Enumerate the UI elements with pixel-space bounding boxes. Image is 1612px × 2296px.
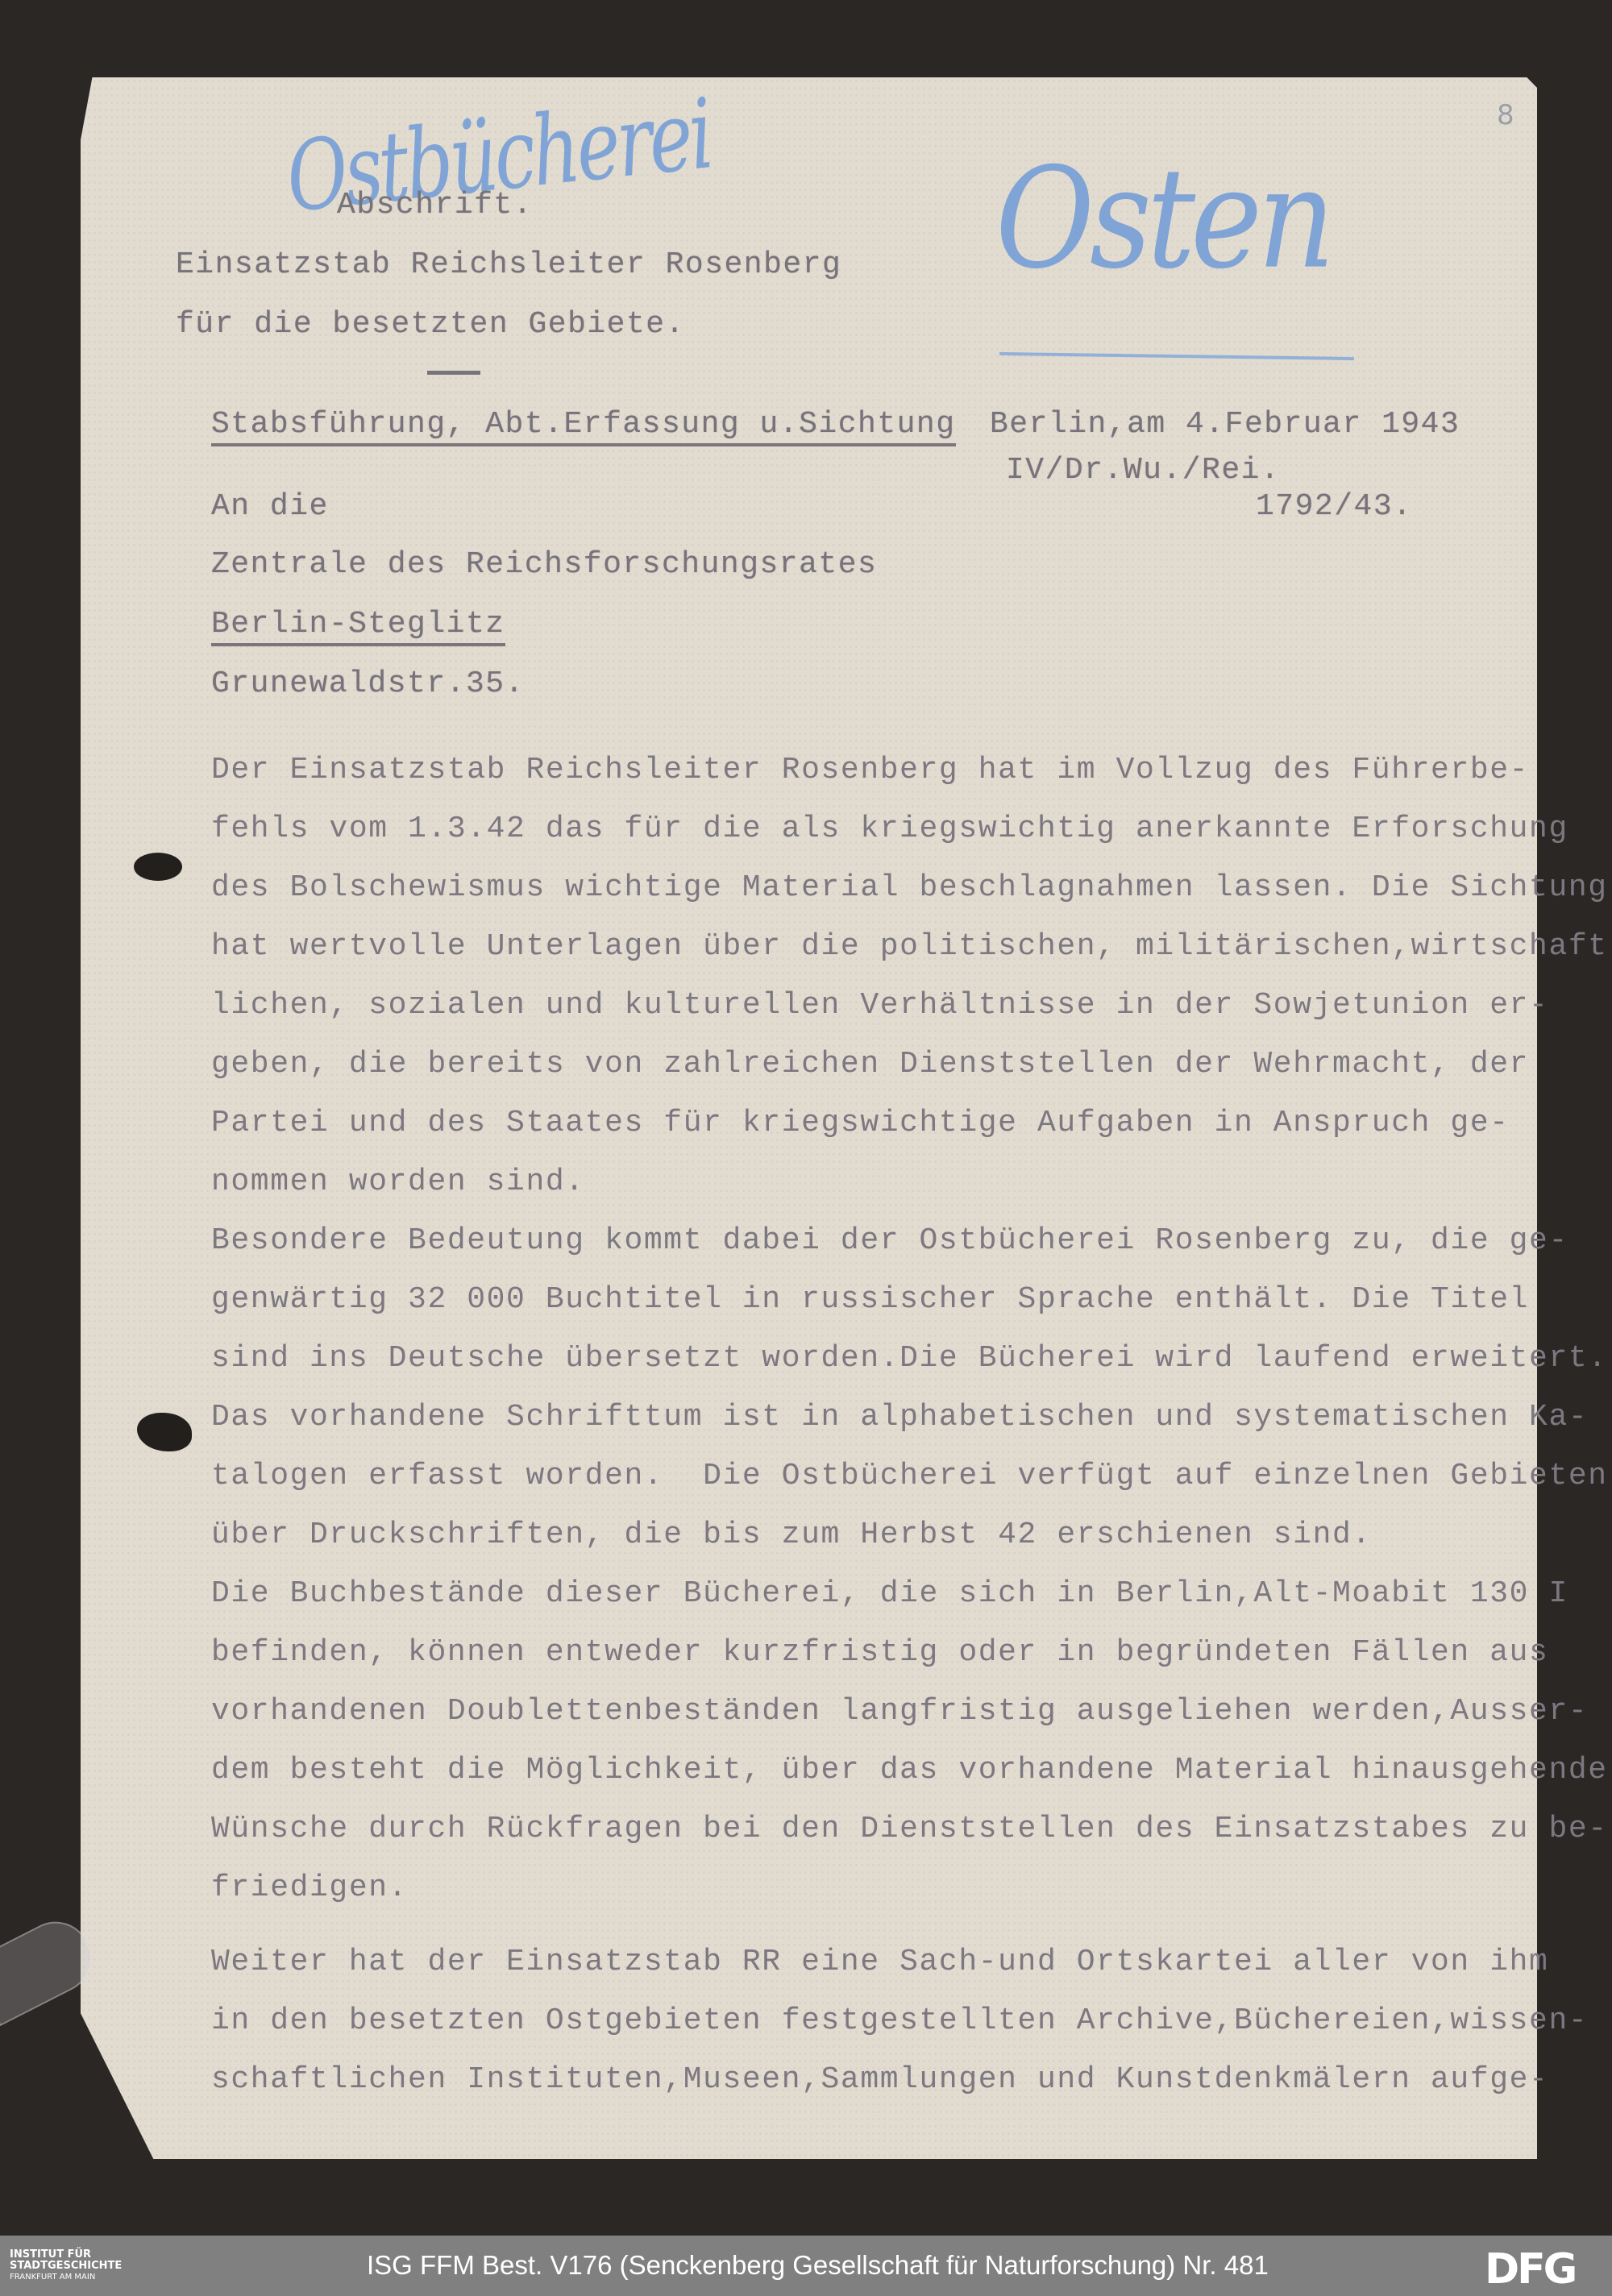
body-line: lichen, sozialen und kulturellen Verhält… xyxy=(211,990,1548,1021)
body-line: hat wertvolle Unterlagen über die politi… xyxy=(211,932,1612,962)
pencil-annotation-osten: Osten xyxy=(995,139,1331,300)
page-number: 8 xyxy=(1497,99,1514,131)
body-line: Wünsche durch Rückfragen bei den Diensts… xyxy=(211,1814,1608,1845)
body-line: Das vorhandene Schrifttum ist in alphabe… xyxy=(211,1402,1588,1433)
body-line: über Druckschriften, die bis zum Herbst … xyxy=(211,1520,1372,1551)
body-line: Die Buchbestände dieser Bücherei, die si… xyxy=(211,1579,1568,1609)
recipient-line-1: An die xyxy=(211,492,329,522)
body-line: befinden, können entweder kurzfristig od… xyxy=(211,1638,1548,1668)
sender-line-2: für die besetzten Gebiete. xyxy=(176,309,685,340)
separator-dash xyxy=(427,371,480,375)
body-line: des Bolschewismus wichtige Material besc… xyxy=(211,873,1608,903)
institution-name-line-1: INSTITUT FÜR xyxy=(10,2249,122,2261)
body-line: nommen worden sind. xyxy=(211,1167,585,1198)
body-line: schaftlichen Instituten,Museen,Sammlunge… xyxy=(211,2065,1548,2095)
body-line: friedigen. xyxy=(211,1873,408,1904)
body-line: in den besetzten Ostgebieten festgestell… xyxy=(211,2006,1588,2037)
body-line: dem besteht die Möglichkeit, über das vo… xyxy=(211,1755,1608,1786)
institution-name-line-2: STADTGESCHICHTE xyxy=(10,2261,122,2272)
recipient-street: Grunewaldstr.35. xyxy=(211,669,525,700)
archive-footer: INSTITUT FÜR STADTGESCHICHTE FRANKFURT A… xyxy=(0,2236,1612,2296)
recipient-city: Berlin-Steglitz xyxy=(211,609,505,646)
recipient-line-2: Zentrale des Reichsforschungsrates xyxy=(211,550,877,580)
sender-line-1: Einsatzstab Reichsleiter Rosenberg xyxy=(176,250,841,280)
body-line: Besondere Bedeutung kommt dabei der Ostb… xyxy=(211,1226,1568,1256)
body-line: talogen erfasst worden. Die Ostbücherei … xyxy=(211,1461,1608,1492)
file-number: 1792/43. xyxy=(1256,492,1412,522)
body-line: Weiter hat der Einsatzstab RR eine Sach-… xyxy=(211,1947,1548,1978)
body-line: genwärtig 32 000 Buchtitel in russischer… xyxy=(211,1285,1529,1315)
copy-mark: Abschrift. xyxy=(337,190,533,221)
body-line: Der Einsatzstab Reichsleiter Rosenberg h… xyxy=(211,755,1529,786)
body-line: Partei und des Staates für kriegswichtig… xyxy=(211,1108,1510,1139)
body-line: geben, die bereits von zahlreichen Diens… xyxy=(211,1049,1529,1080)
punch-hole-upper xyxy=(134,853,182,881)
institution-location: FRANKFURT AM MAIN xyxy=(10,2272,122,2283)
reference-code: IV/Dr.Wu./Rei. xyxy=(1006,455,1280,486)
body-line: fehls vom 1.3.42 das für die als kriegsw… xyxy=(211,814,1568,845)
department-line: Stabsführung, Abt.Erfassung u.Sichtung xyxy=(211,409,956,446)
body-line: vorhandenen Doublettenbeständen langfris… xyxy=(211,1696,1588,1727)
archive-caption: ISG FFM Best. V176 (Senckenberg Gesellsc… xyxy=(367,2250,1269,2281)
dfg-logo: DFG xyxy=(1485,2245,1575,2294)
body-line: sind ins Deutsche übersetzt worden.Die B… xyxy=(211,1343,1608,1374)
institution-logo: INSTITUT FÜR STADTGESCHICHTE FRANKFURT A… xyxy=(10,2249,122,2283)
place-date: Berlin,am 4.Februar 1943 xyxy=(990,409,1460,440)
